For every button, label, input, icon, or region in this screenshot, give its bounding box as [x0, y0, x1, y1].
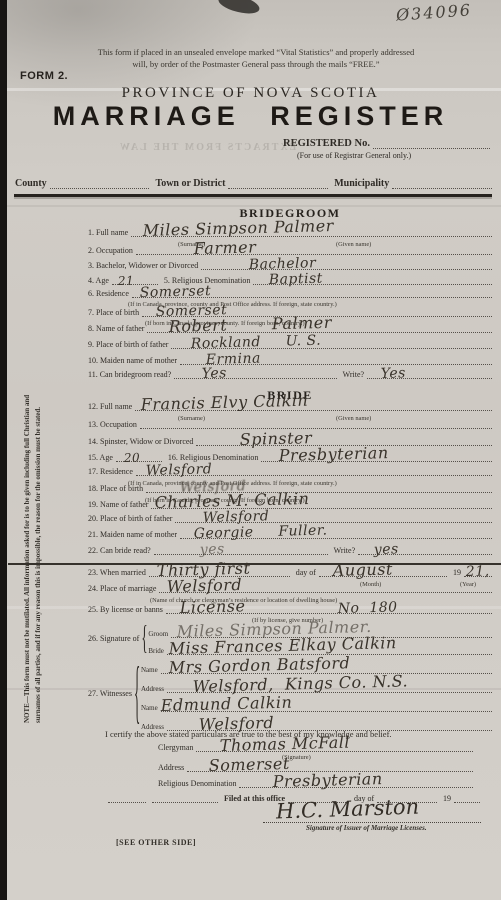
bride-religion-field: Presbyterian	[261, 449, 492, 462]
witness1-address-field: Welsford, Kings Co. N.S.	[167, 680, 492, 693]
witness2-address-row: Address Welsford	[141, 712, 492, 731]
bride-signature-label: Bride	[148, 648, 167, 655]
bride-father-field: Charles M. Calkin	[151, 496, 492, 509]
month-field: August	[319, 564, 447, 577]
bride-mother-label: 21. Maiden name of mother	[88, 531, 180, 539]
groom-mother-row: 10. Maiden name of mother Ermina	[88, 352, 492, 365]
witness2-name-label: Name	[141, 705, 161, 712]
registrar-general-note: (For use of Registrar General only.)	[297, 151, 411, 160]
clergyman-field: Thomas McFall	[196, 739, 473, 752]
signatures-block: 26. Signature of { Groom Miles Simpson P…	[88, 621, 492, 655]
groom-occupation-row: 2. Occupation Farmer	[88, 242, 492, 255]
registration-number-handwritten: Ø34096	[395, 0, 472, 24]
bride-occupation-row: 13. Occupation	[88, 416, 492, 429]
month-value: August	[333, 561, 393, 579]
groom-read-field: Yes	[174, 366, 336, 379]
license-field: License No 180	[166, 601, 492, 614]
witness1-name-row: Name Mrs Gordon Batsford	[141, 656, 492, 674]
groom-father-row: 8. Name of father Robert Palmer	[88, 320, 492, 333]
groom-occupation-value: Farmer	[193, 239, 256, 257]
witness2-name-field: Edmund Calkin	[161, 699, 492, 712]
groom-residence-row: 6. Residence Somerset	[88, 285, 492, 298]
bride-age-religion-row: 15. Age 20 16. Religious Denomination Pr…	[88, 449, 492, 462]
clergyman-denomination-field: Presbyterian	[239, 775, 473, 788]
bride-father-value: Charles M. Calkin	[155, 491, 310, 511]
municipality-label: Municipality	[328, 179, 392, 189]
witness2-name-value: Edmund Calkin	[160, 694, 292, 713]
bride-birthplace-label: 18. Place of birth	[88, 485, 146, 493]
groom-status-label: 3. Bachelor, Widower or Divorced	[88, 262, 201, 270]
groom-residence-value: Somerset	[140, 284, 212, 300]
groom-birthplace-label: 7. Place of birth	[88, 309, 142, 317]
bride-occupation-field	[140, 416, 492, 429]
filed-year-field	[454, 790, 480, 803]
groom-status-value: Bachelor	[249, 256, 317, 272]
groom-full-name-row: 1. Full name Miles Simpson Palmer	[88, 224, 492, 237]
town-label: Town or District	[149, 179, 228, 189]
groom-father-birthplace-field: Rockland U. S.	[171, 336, 492, 349]
clergyman-denomination-row: Religious Denomination Presbyterian	[158, 774, 473, 788]
clergyman-denomination-value: Presbyterian	[273, 771, 383, 790]
groom-mother-field: Ermina	[180, 352, 492, 365]
province-heading: PROVINCE OF NOVA SCOTIA	[0, 85, 501, 102]
place-of-marriage-row: 24. Place of marriage Welsford	[88, 580, 492, 593]
bride-occupation-label: 13. Occupation	[88, 421, 140, 429]
margin-note-line2: surnames of all parties, and if for any …	[34, 407, 42, 723]
license-row: 25. By license or banns License No 180	[88, 601, 492, 614]
clergyman-signature-value: Thomas McFall	[220, 735, 351, 754]
bride-age-field: 20	[116, 449, 162, 462]
signatures-label: 26. Signature of	[88, 634, 141, 643]
groom-write-value: Yes	[381, 366, 406, 381]
see-other-side-label: [SEE OTHER SIDE]	[116, 838, 196, 847]
issuer-signature-hint: Signature of Issuer of Marriage Licenses…	[306, 824, 427, 832]
license-label: 25. By license or banns	[88, 606, 166, 614]
groom-full-name-field: Miles Simpson Palmer	[131, 224, 492, 237]
registered-no-label: REGISTERED No.	[283, 139, 373, 150]
groom-occupation-label: 2. Occupation	[88, 247, 136, 255]
groom-age-label: 4. Age	[88, 277, 112, 285]
groom-full-name-value: Miles Simpson Palmer	[143, 218, 334, 239]
groom-occupation-field: Farmer	[136, 242, 492, 255]
bride-write-value: yes	[374, 542, 399, 557]
bride-residence-value: Welsford	[146, 462, 213, 478]
bride-father-label: 19. Name of father	[88, 501, 151, 509]
witness1-address-value: Welsford, Kings Co. N.S.	[193, 673, 409, 695]
bride-father-birthplace-field: Welsford	[175, 510, 492, 523]
bride-residence-field: Welsford	[136, 463, 492, 476]
groom-age-field: 21	[112, 272, 158, 285]
brace-glyph: {	[134, 650, 141, 736]
place-of-marriage-field: Welsford	[159, 580, 492, 593]
groom-father-birthplace-label: 9. Place of birth of father	[88, 341, 171, 349]
location-row: County Town or District Municipality	[15, 176, 492, 189]
bride-mother-field: Georgie Fuller.	[180, 526, 492, 539]
bride-write-label: Write?	[328, 547, 358, 555]
groom-write-label: Write?	[337, 371, 367, 379]
county-field	[50, 176, 150, 189]
mailing-note: This form if placed in an unsealed envel…	[52, 46, 460, 71]
groom-full-name-label: 1. Full name	[88, 229, 131, 237]
witness1-name-label: Name	[141, 667, 161, 674]
day-of-label: day of	[290, 569, 319, 577]
bride-status-row: 14. Spinster, Widow or Divorced Spinster	[88, 433, 492, 446]
filed-blank1	[108, 790, 146, 803]
groom-age-religion-row: 4. Age 21 5. Religious Denomination Bapt…	[88, 272, 492, 285]
clergyman-address-label: Address	[158, 764, 187, 772]
scan-edge-strip	[0, 0, 7, 900]
groom-mother-label: 10. Maiden name of mother	[88, 357, 180, 365]
clergyman-row: Clergyman Thomas McFall	[158, 738, 473, 752]
issuer-signature-value: H.C. Marston	[276, 795, 420, 824]
bride-read-value: yes	[199, 542, 224, 557]
issuer-signature-line	[263, 822, 481, 823]
bride-residence-row: 17. Residence Welsford	[88, 463, 492, 476]
groom-status-field: Bachelor	[201, 257, 492, 270]
clergyman-label: Clergyman	[158, 744, 196, 752]
section-divider-rule	[14, 194, 492, 197]
bride-father-birthplace-label: 20. Place of birth of father	[88, 515, 175, 523]
witnesses-label: 27. Witnesses	[88, 689, 134, 698]
groom-signature-label: Groom	[148, 631, 171, 638]
witnesses-block: 27. Witnesses { Name Mrs Gordon Batsford…	[88, 655, 492, 731]
mailing-note-line1: This form if placed in an unsealed envel…	[98, 47, 414, 57]
county-label: County	[15, 179, 50, 189]
witness1-address-label: Address	[141, 686, 167, 693]
town-field	[228, 176, 328, 189]
margin-note: NOTE—This form must not be mutilated. Al…	[22, 265, 43, 723]
filed-blank2	[152, 790, 218, 803]
registered-no-field	[373, 136, 490, 149]
groom-residence-field: Somerset	[132, 285, 492, 298]
groom-father-birthplace-value: Rockland U. S.	[191, 334, 322, 351]
groom-read-value: Yes	[202, 366, 227, 381]
bride-full-name-field: Francis Elvy Calkin	[135, 398, 492, 411]
bride-full-name-row: 12. Full name Francis Elvy Calkin	[88, 398, 492, 411]
margin-note-line1: NOTE—This form must not be mutilated. Al…	[23, 395, 31, 723]
groom-residence-label: 6. Residence	[88, 290, 132, 298]
bride-signature-value: Miss Frances Elkay Calkin	[168, 635, 396, 657]
bride-mother-row: 21. Maiden name of mother Georgie Fuller…	[88, 526, 492, 539]
bride-signature-row: Bride Miss Frances Elkay Calkin	[148, 638, 492, 655]
groom-father-field: Robert Palmer	[147, 320, 492, 333]
bride-age-label: 15. Age	[88, 454, 116, 462]
license-number-value: No 180	[338, 600, 398, 616]
municipality-field	[392, 176, 492, 189]
groom-father-birthplace-row: 9. Place of birth of father Rockland U. …	[88, 336, 492, 349]
groom-literacy-row: 11. Can bridegroom read? Yes Write? Yes	[88, 366, 492, 379]
brace-glyph: {	[141, 617, 148, 659]
witness1-name-value: Mrs Gordon Batsford	[168, 655, 350, 676]
license-value: License	[179, 598, 245, 616]
bride-father-birthplace-row: 20. Place of birth of father Welsford	[88, 510, 492, 523]
bride-literacy-row: 22. Can bride read? yes Write? yes	[88, 542, 492, 555]
bride-religion-value: Presbyterian	[279, 445, 389, 464]
bride-religion-label: 16. Religious Denomination	[162, 454, 261, 462]
registered-no-row: REGISTERED No.	[283, 136, 490, 149]
when-married-row: 23. When married Thirty first day of Aug…	[88, 564, 492, 577]
witness1-address-row: Address Welsford, Kings Co. N.S.	[141, 674, 492, 693]
bride-father-row: 19. Name of father Charles M. Calkin	[88, 496, 492, 509]
year-century-label: 19	[447, 569, 464, 577]
witness2-name-row: Name Edmund Calkin	[141, 693, 492, 712]
clergyman-denomination-label: Religious Denomination	[158, 780, 239, 788]
mailing-note-line2: will, by order of the Postmaster General…	[132, 59, 379, 69]
bride-read-field: yes	[154, 542, 328, 555]
bride-write-field: yes	[358, 542, 492, 555]
bride-mother-value: Georgie Fuller.	[194, 524, 328, 541]
witness1-name-field: Mrs Gordon Batsford	[161, 661, 492, 674]
year-value: 21,	[466, 564, 490, 579]
form-number-label: FORM 2.	[20, 70, 68, 82]
page-title: MARRIAGE REGISTER	[0, 101, 501, 132]
bride-read-label: 22. Can bride read?	[88, 547, 154, 555]
bride-father-birthplace-value: Welsford	[203, 509, 270, 525]
place-of-marriage-value: Welsford	[167, 577, 243, 595]
bride-status-label: 14. Spinster, Widow or Divorced	[88, 438, 196, 446]
groom-status-row: 3. Bachelor, Widower or Divorced Bachelo…	[88, 257, 492, 270]
marriage-register-scan: Ø34096 EXTRACTS FROM THE LAW This form i…	[0, 0, 501, 900]
groom-read-label: 11. Can bridegroom read?	[88, 371, 174, 379]
groom-write-field: Yes	[367, 366, 492, 379]
groom-father-label: 8. Name of father	[88, 325, 147, 333]
when-married-label: 23. When married	[88, 569, 149, 577]
bride-full-name-value: Francis Elvy Calkin	[141, 393, 309, 413]
place-of-marriage-label: 24. Place of marriage	[88, 585, 159, 593]
filed-century-label: 19	[437, 795, 454, 803]
bride-residence-label: 17. Residence	[88, 468, 136, 476]
year-field: 21,	[464, 564, 492, 577]
groom-religion-field: Baptist	[253, 272, 492, 285]
bride-full-name-label: 12. Full name	[88, 403, 135, 411]
bleed-through-text: EXTRACTS FROM THE LAW	[118, 142, 296, 153]
